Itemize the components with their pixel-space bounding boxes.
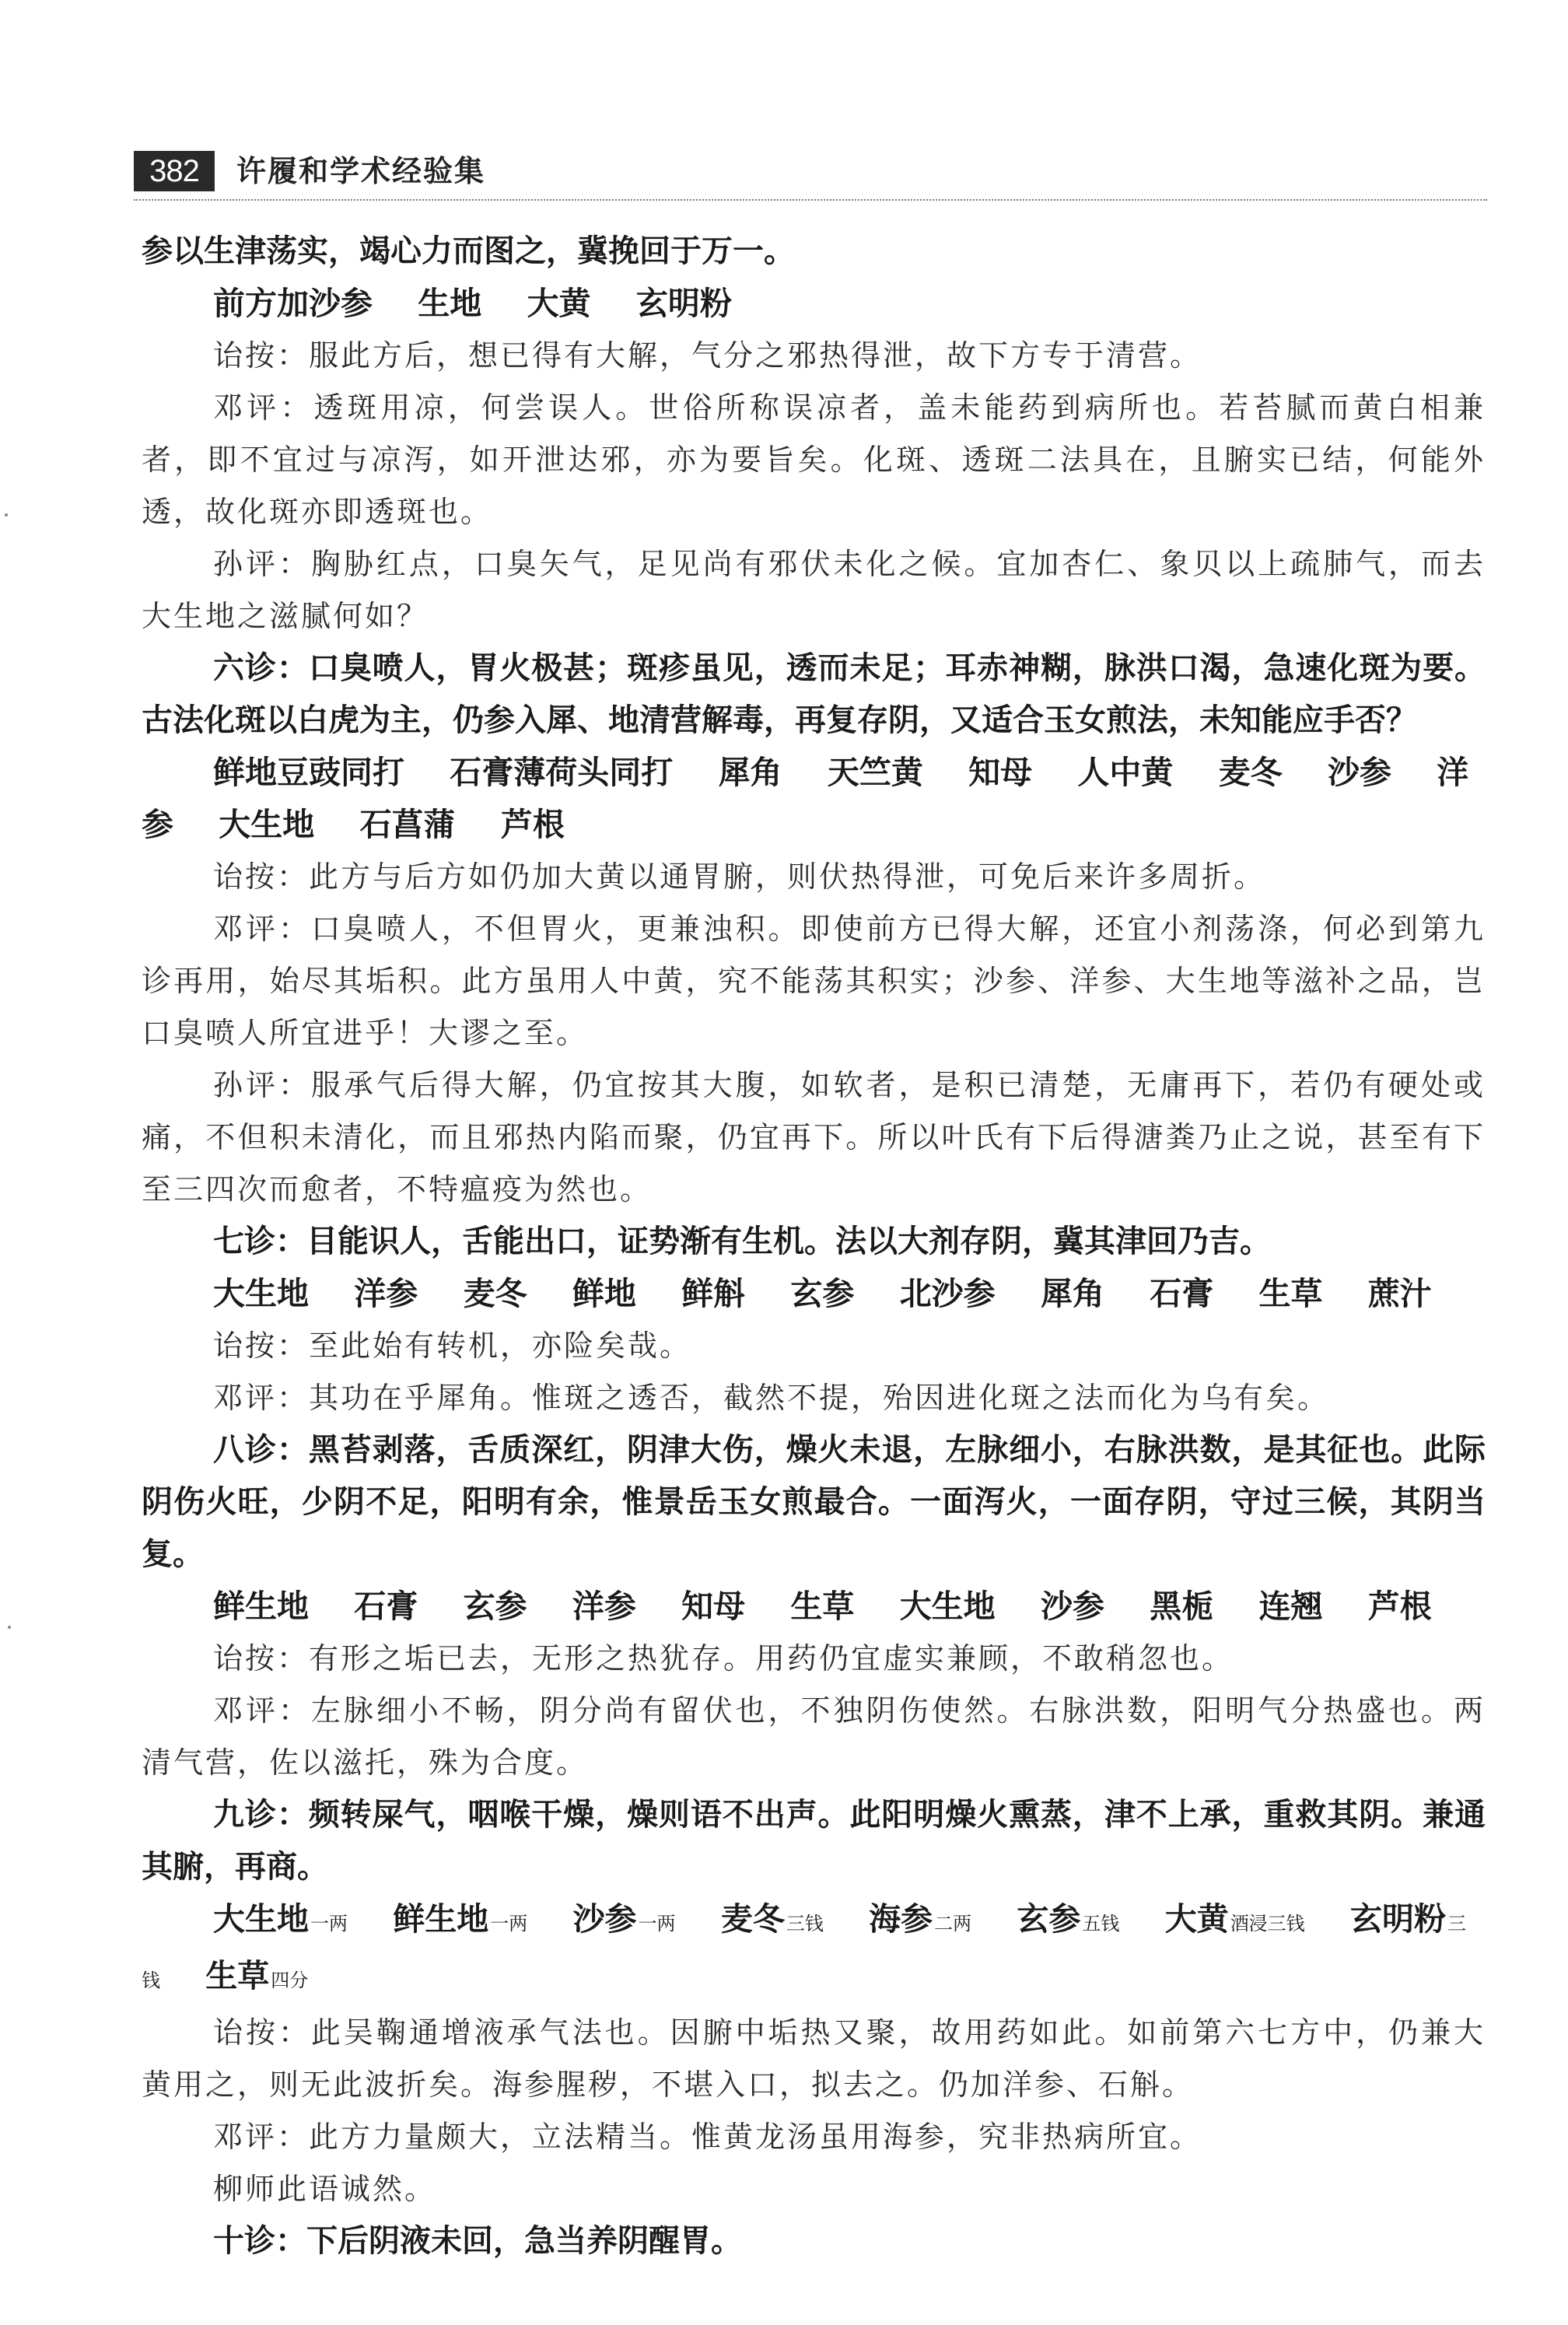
- herb: 生草四分: [205, 1957, 308, 1994]
- prescription-line: 鲜地豆豉同打 石膏薄荷头同打 犀角 天竺黄 知母 人中黄 麦冬 沙参 洋参 大生…: [142, 747, 1486, 851]
- herb: 石膏: [1150, 1275, 1213, 1312]
- herb: 黑栀: [1150, 1588, 1213, 1625]
- consultation-7: 七诊：目能识人，舌能出口，证势渐有生机。法以大剂存阴，冀其津回乃吉。: [142, 1216, 1486, 1268]
- herb: 生草: [1259, 1275, 1323, 1312]
- commentary-deng: 邓评：其功在乎犀角。惟斑之透否，截然不提，殆因进化斑之法而化为乌有矣。: [142, 1372, 1486, 1424]
- herb: 玄参: [790, 1275, 854, 1312]
- prescription-line: 大生地 洋参 麦冬 鲜地 鲜斛 玄参 北沙参 犀角 石膏 生草 蔗汁: [142, 1268, 1486, 1320]
- page-number-badge: 382: [134, 151, 215, 191]
- prescription-line-with-doses: 大生地一两 鲜生地一两 沙参一两 麦冬三钱 海参二两 玄参五钱 大黄酒浸三钱 玄…: [142, 1893, 1486, 2007]
- herb-dose: 一两: [639, 1913, 676, 1935]
- herb: 大生地: [213, 1275, 309, 1312]
- herb: 玄参五钱: [1017, 1900, 1119, 1938]
- commentary-sun: 孙评：服承气后得大解，仍宜按其大腹，如软者，是积已清楚，无庸再下，若仍有硬处或痛…: [142, 1059, 1486, 1216]
- header-divider: [134, 199, 1487, 201]
- herb: 沙参: [1041, 1588, 1104, 1625]
- commentary-yi: 诒按：此吴鞠通增液承气法也。因腑中垢热又聚，故用药如此。如前第六七方中，仍兼大黄…: [142, 2007, 1486, 2111]
- herb: 天竺黄: [828, 754, 923, 791]
- commentary-sun: 孙评：胸胁红点，口臭矢气，足见尚有邪伏未化之候。宜加杏仁、象贝以上疏肺气，而去大…: [142, 538, 1486, 643]
- herb: 玄参: [464, 1588, 527, 1625]
- herb: 石菖蒲: [360, 806, 456, 843]
- herb: 大黄酒浸三钱: [1165, 1900, 1305, 1938]
- herb-name: 大生地: [213, 1900, 309, 1938]
- herb: 前方加沙参: [213, 285, 373, 322]
- herb: 大生地: [900, 1588, 996, 1625]
- herb: 沙参: [1328, 754, 1391, 791]
- commentary-yi: 诒按：有形之垢已去，无形之热犹存。用药仍宜虚实兼顾，不敢稍忽也。: [142, 1633, 1486, 1685]
- commentary-deng: 邓评：此方力量颇大，立法精当。惟黄龙汤虽用海参，究非热病所宜。: [142, 2111, 1486, 2163]
- herb: 犀角: [1041, 1275, 1104, 1312]
- herb-name: 生草: [205, 1957, 269, 1994]
- herb-dose: 酒浸三钱: [1230, 1913, 1305, 1935]
- herb: 鲜地: [572, 1275, 636, 1312]
- commentary-deng: 邓评：口臭喷人，不但胃火，更兼浊积。即使前方已得大解，还宜小剂荡涤，何必到第九诊…: [142, 903, 1486, 1059]
- commentary-deng: 邓评：透斑用凉，何尝误人。世俗所称误凉者，盖未能药到病所也。若苔腻而黄白相兼者，…: [142, 382, 1486, 538]
- herb: 石膏薄荷头同打: [450, 754, 673, 791]
- herb: 鲜生地一两: [393, 1900, 527, 1938]
- commentary-yi: 诒按：此方与后方如仍加大黄以通胃腑，则伏热得泄，可免后来许多周折。: [142, 851, 1486, 903]
- case-text: 参以生津荡实，竭心力而图之，冀挽回于万一。: [142, 226, 1486, 278]
- herb-name: 海参: [869, 1900, 933, 1938]
- herb: 大黄: [527, 285, 591, 322]
- scan-speck: [8, 1626, 11, 1629]
- herb: 知母: [681, 1588, 745, 1625]
- herb: 麦冬: [1219, 754, 1283, 791]
- herb: 犀角: [719, 754, 782, 791]
- herb: 鲜地豆豉同打: [213, 754, 404, 791]
- prescription-line: 前方加沙参 生地 大黄 玄明粉: [142, 278, 1486, 330]
- herb-name: 玄明粉: [1350, 1900, 1446, 1938]
- consultation-9: 九诊：频转屎气，咽喉干燥，燥则语不出声。此阳明燥火熏蒸，津不上承，重救其阴。兼通…: [142, 1789, 1486, 1893]
- herb: 海参二两: [869, 1900, 971, 1938]
- herb: 生草: [790, 1588, 854, 1625]
- herb: 大生地: [219, 806, 314, 843]
- herb-name: 鲜生地: [393, 1900, 488, 1938]
- herb-dose: 四分: [271, 1970, 308, 1991]
- herb-dose: 二两: [934, 1913, 971, 1935]
- running-header: 382 许履和学术经验集: [134, 149, 1487, 198]
- book-title: 许履和学术经验集: [236, 152, 485, 190]
- commentary-yi: 诒按：服此方后，想已得有大解，气分之邪热得泄，故下方专于清营。: [142, 330, 1486, 382]
- herb-dose: 一两: [310, 1913, 348, 1935]
- herb: 蔗汁: [1368, 1275, 1432, 1312]
- herb: 连翘: [1259, 1588, 1323, 1625]
- consultation-6: 六诊：口臭喷人，胃火极甚；斑疹虽见，透而未足；耳赤神糊，脉洪口渴，急速化斑为要。…: [142, 643, 1486, 747]
- herb: 沙参一两: [573, 1900, 676, 1938]
- page-body: 参以生津荡实，竭心力而图之，冀挽回于万一。 前方加沙参 生地 大黄 玄明粉 诒按…: [142, 226, 1486, 2267]
- prescription-line: 鲜生地 石膏 玄参 洋参 知母 生草 大生地 沙参 黑栀 连翘 芦根: [142, 1581, 1486, 1633]
- herb: 鲜斛: [681, 1275, 745, 1312]
- scan-speck: [5, 513, 8, 516]
- herb: 石膏: [354, 1588, 418, 1625]
- herb: 生地: [418, 285, 481, 322]
- herb: 芦根: [501, 806, 565, 843]
- herb: 大生地一两: [213, 1900, 348, 1938]
- herb: 洋参: [572, 1588, 636, 1625]
- herb: 芦根: [1368, 1588, 1432, 1625]
- herb-dose: 五钱: [1082, 1913, 1119, 1935]
- herb: 洋参: [354, 1275, 418, 1312]
- commentary-deng: 邓评：左脉细小不畅，阴分尚有留伏也，不独阴伤使然。右脉洪数，阳明气分热盛也。两清…: [142, 1685, 1486, 1789]
- herb-dose: 三钱: [786, 1913, 824, 1935]
- herb: 鲜生地: [213, 1588, 309, 1625]
- consultation-10: 十诊：下后阴液未回，急当养阴醒胃。: [142, 2215, 1486, 2267]
- herb: 人中黄: [1077, 754, 1173, 791]
- commentary-liu: 柳师此语诚然。: [142, 2163, 1486, 2215]
- herb-name: 大黄: [1165, 1900, 1229, 1938]
- herb: 知母: [968, 754, 1032, 791]
- herb-name: 沙参: [573, 1900, 637, 1938]
- commentary-yi: 诒按：至此始有转机，亦险矣哉。: [142, 1320, 1486, 1372]
- herb-name: 麦冬: [721, 1900, 785, 1938]
- herb: 麦冬三钱: [721, 1900, 824, 1938]
- herb-name: 玄参: [1017, 1900, 1080, 1938]
- herb: 玄明粉: [636, 285, 732, 322]
- herb: 麦冬: [464, 1275, 527, 1312]
- consultation-8: 八诊：黑苔剥落，舌质深红，阴津大伤，燥火未退，左脉细小，右脉洪数，是其征也。此际…: [142, 1424, 1486, 1581]
- herb: 北沙参: [900, 1275, 996, 1312]
- herb-dose: 一两: [490, 1913, 527, 1935]
